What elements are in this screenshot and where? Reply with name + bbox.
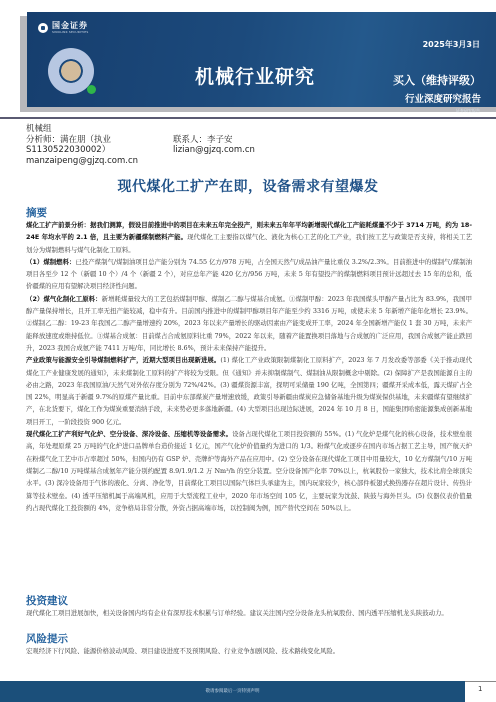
contact-line: 联系人：李子安 (173, 135, 255, 146)
analyst-block: 机械组 分析师：满在朋（执业 S1130522030002） manzaipen… (26, 124, 138, 166)
contact-email[interactable]: lizian@gjzq.com.cn (173, 145, 255, 156)
summary-p4-bold: 产业政策与能源安全引导煤制燃料扩产，近期大型项目出现新进展。 (26, 356, 220, 364)
report-category: 机械行业研究 (195, 62, 315, 89)
header-divider (0, 117, 496, 119)
wechat-icon (87, 85, 96, 94)
rating-badge: 买入（维持评级） (393, 72, 481, 88)
logo-icon (38, 23, 48, 33)
footer-rule (465, 681, 496, 682)
brand-logo: 国金证券 SINOLINK SECURITIES (38, 21, 89, 34)
report-date: 2025年3月3日 (423, 39, 480, 50)
page-number: 1 (478, 685, 482, 693)
report-subtype: 证券研究报告 (456, 108, 480, 114)
summary-p2-text: 已投产煤制气/煤制油项目总产能分别为 74.55 亿方/978 万吨，占全国天然… (26, 258, 472, 291)
risk-body: 宏观经济下行风险、能源价格波动风险、项目建设进度不及预期风险、行业竞争加剧风险、… (26, 645, 472, 657)
investment-body: 现代煤化工项目进展加快，相关设备国内均有企业有深厚技术积累与订单经验。建议关注国… (26, 607, 472, 619)
analyst-line: 分析师：满在朋（执业 (26, 135, 138, 146)
contact-block: 联系人：李子安 lizian@gjzq.com.cn (173, 135, 255, 156)
group-name: 机械组 (26, 124, 138, 135)
summary-p4-text: (1) 煤化工产业政策限制煤制化工原料扩产，2023 年 7 月发改委等部委《关… (26, 356, 472, 425)
footer-disclaimer[interactable]: 敬请参阅最后一页特别声明 (0, 688, 465, 694)
investment-heading: 投资建议 (26, 593, 68, 608)
analyst-cert: S1130522030002） (26, 145, 138, 156)
risk-heading: 风险提示 (26, 631, 68, 646)
report-type: 行业深度研究报告 (405, 91, 481, 105)
summary-p3-text: 新增耗煤量较大的工艺包括煤制甲醇、煤制乙二醇与煤基合成氨。①煤制甲醇：2023 … (26, 295, 472, 352)
brand-sub: SINOLINK SECURITIES (52, 30, 89, 34)
analyst-email[interactable]: manzaipeng@gjzq.com.cn (26, 156, 138, 167)
summary-body: 煤化工扩产前景分析：据我们测算，假设目前推进中的项目在未来五年完全投产，则未来五… (26, 219, 472, 514)
report-title: 现代煤化工扩产在即，设备需求有望爆发 (0, 176, 496, 196)
summary-p5-text: 设备占现代煤化工项目投资额的 55%。(1) 气化炉是煤气化的核心设备，技术壁垒… (26, 430, 472, 512)
summary-heading: 摘要 (26, 205, 47, 220)
brand-name: 国金证券 (52, 21, 89, 30)
header-banner: 国金证券 SINOLINK SECURITIES 机械行业研究 2025年3月3… (27, 12, 496, 107)
summary-p5-bold: 现代煤化工扩产利好气化炉、空分设备、深冷设备、压缩机等设备需求。 (26, 430, 232, 438)
footer-bar: 敬请参阅最后一页特别声明 (0, 681, 465, 702)
summary-p3-bold: （2）煤气化制化工原料： (26, 295, 102, 303)
summary-p2-bold: （1）煤制燃料： (26, 258, 75, 266)
